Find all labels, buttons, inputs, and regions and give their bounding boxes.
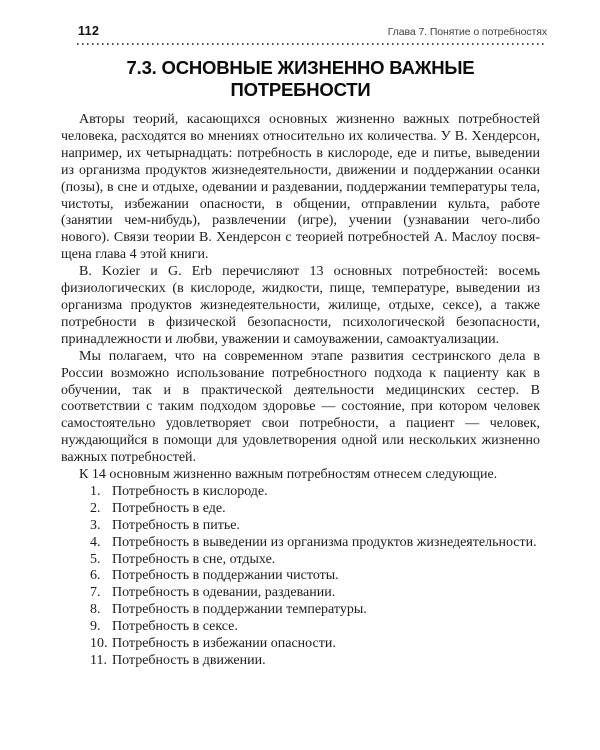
chapter-running-head: Глава 7. Понятие о потребностях (388, 26, 547, 38)
list-item-number: 3. (90, 518, 112, 535)
section-title: 7.3. ОСНОВНЫЕ ЖИЗНЕННО ВАЖНЫЕ ПОТРЕБНОСТ… (61, 57, 540, 100)
list-item: 9. Потребность в сексе. (61, 619, 540, 636)
list-item: 5. Потребность в сне, отдыхе. (61, 552, 540, 569)
list-item: 3. Потребность в питье. (61, 518, 540, 535)
body-paragraph-3: Мы полагаем, что на современном этапе ра… (61, 349, 540, 467)
body-paragraph-2: В. Kozier и G. Erb перечисляют 13 основн… (61, 264, 540, 349)
list-item-text: Потребность в избежании опасности. (112, 636, 540, 653)
list-item-number: 2. (90, 501, 112, 518)
list-item: 4. Потребность в выведении из организма … (61, 535, 540, 552)
list-item: 11. Потребность в движении. (61, 653, 540, 670)
dotted-rule (77, 43, 547, 45)
body-text-column: Авторы теорий, касающихся основных жизне… (61, 112, 540, 670)
page-header: 112 Глава 7. Понятие о потребностях (78, 24, 547, 38)
list-item-number: 11. (90, 653, 112, 670)
list-item: 6. Потребность в поддержании чистоты. (61, 568, 540, 585)
list-item-text: Потребность в одевании, раздевании. (112, 585, 540, 602)
list-item: 7. Потребность в одевании, раздевании. (61, 585, 540, 602)
list-item: 8. Потребность в поддержании температуры… (61, 602, 540, 619)
list-item: 1. Потребность в кислороде. (61, 484, 540, 501)
list-item-text: Потребность в кислороде. (112, 484, 540, 501)
list-item-text: Потребность в поддержании температуры. (112, 602, 540, 619)
list-item-number: 9. (90, 619, 112, 636)
list-item: 2. Потребность в еде. (61, 501, 540, 518)
body-paragraph-1: Авторы теорий, касающихся основных жизне… (61, 112, 540, 264)
list-item-text: Потребность в питье. (112, 518, 540, 535)
list-item-number: 8. (90, 602, 112, 619)
list-item-number: 7. (90, 585, 112, 602)
needs-list: 1. Потребность в кислороде. 2. Потребнос… (61, 484, 540, 670)
list-item-text: Потребность в сексе. (112, 619, 540, 636)
list-item-number: 5. (90, 552, 112, 569)
body-paragraph-4: К 14 основным жизненно важным потребност… (61, 467, 540, 484)
list-item-text: Потребность в еде. (112, 501, 540, 518)
section-title-line-1: 7.3. ОСНОВНЫЕ ЖИЗНЕННО ВАЖНЫЕ (61, 57, 540, 79)
list-item-number: 4. (90, 535, 112, 552)
book-page: 112 Глава 7. Понятие о потребностях 7.3.… (0, 0, 600, 750)
list-item-number: 6. (90, 568, 112, 585)
list-item: 10. Потребность в избежании опасности. (61, 636, 540, 653)
list-item-text: Потребность в сне, отдыхе. (112, 552, 540, 569)
page-number: 112 (78, 24, 99, 38)
list-item-text: Потребность в движении. (112, 653, 540, 670)
list-item-text: Потребность в выведении из организма про… (112, 535, 540, 552)
list-item-number: 1. (90, 484, 112, 501)
list-item-number: 10. (90, 636, 112, 653)
section-title-line-2: ПОТРЕБНОСТИ (61, 79, 540, 101)
list-item-text: Потребность в поддержании чистоты. (112, 568, 540, 585)
